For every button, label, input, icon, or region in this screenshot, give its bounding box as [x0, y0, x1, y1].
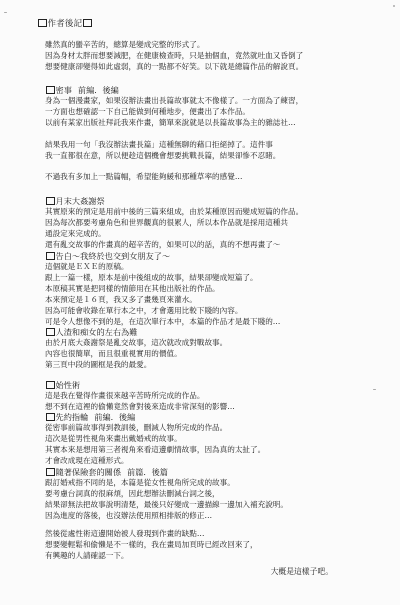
section-heading: 隨著保險套的關係前篇．後篇 [45, 466, 288, 478]
text-line: 結果卻無法把故事說明清楚，最後只好變成一邊描線一邊加入補充說明。 [45, 500, 288, 511]
text-line: 然後從處性術這邊開始被人發現到作畫的缺點… [45, 529, 258, 540]
section-mitsuji: 密事前編．後編 身為一個漫畫家，如果沒辦法畫出長篇故事就太不像樣了。一方面為了練… [45, 84, 303, 183]
heading-text: 始性術 [56, 380, 81, 390]
box-bullet-icon [46, 413, 55, 422]
heading-text: 隨著保險套的關係 [56, 467, 122, 477]
section-heading: 始性術 [45, 379, 235, 391]
text-line: 因為進度的落後，也沒辦法使用照相排版的修正… [45, 511, 288, 522]
box-bullet-icon [83, 19, 92, 28]
box-bullet-icon [46, 197, 55, 206]
text-line: 以前有某家出版社拜託我來作畫，簡單來說就是以長篇故事為主的雜誌社… [45, 118, 303, 129]
scan-speck [4, 12, 7, 13]
box-bullet-icon [38, 19, 47, 28]
text-line: 這個就是ＥＸＥ的原稿。 [45, 262, 280, 273]
afterword-page: 作者後記 雖然真的蠻辛苦的，總算是變成完整的形式了。 因為身材太胖而想要減肥，在… [0, 0, 400, 605]
text-line: 不過我有多加上一點篇幅，希望能夠緩和那種草率的感覺… [45, 172, 303, 183]
text-line: 第三頁中段的圖框是我的最愛。 [45, 360, 227, 371]
section-heading: 告白～我終於也交到女朋友了～ [45, 250, 280, 262]
blank-line [45, 161, 303, 172]
text-line: 從密事前篇故事得到教訓後，刪減人物所完成的作品。 [45, 423, 265, 434]
section-confession: 告白～我終於也交到女朋友了～ 這個就是ＥＸＥ的原稿。 跟上一篇一樣，原本是前中後… [45, 250, 280, 327]
section-condom: 隨著保險套的關係前篇．後篇 跟訂婚戒指不同的是，本篇是從女性視角所完成的故事。 … [45, 466, 288, 522]
blank-line [45, 129, 303, 140]
heading-text: 告白～我終於也交到女朋友了～ [56, 251, 171, 261]
subheading-text: 前編．後編 [94, 412, 135, 422]
section-month-end: 月末大姦謝祭 其實原來的預定是用前中後的三篇來組成，由於某種原因而變成短篇的作品… [45, 195, 303, 251]
heading-text: 密事 [56, 85, 72, 95]
text-line: 跟上一篇一樣，原本是前中後組成的故事，結果卻變成短篇了。 [45, 273, 280, 284]
text-line: 跟訂婚戒指不同的是，本篇是從女性視角所完成的故事。 [45, 478, 288, 489]
text-line: 因為身材太胖而想要減肥，在健康檢查時，只是抽個血，竟然就吐血又昏倒了 [45, 51, 303, 62]
section-heading: 密事前編．後編 [45, 84, 303, 96]
text-line: 想要健康卻變得如此虛弱，真的一點都不好笑。以下就是總篇作品的解說頁。 [45, 62, 303, 73]
signoff-text: 大概是這樣子吧。 [271, 566, 333, 577]
text-line: 結果我用一句「我沒辦法畫長篇」這種無聊的藉口拒絕掉了。這件事 [45, 140, 303, 151]
box-bullet-icon [46, 86, 55, 95]
heading-text: 人渣和痴女的左右為難 [56, 327, 138, 337]
text-line: 想要變輕鬆和偷懶是不一樣的，我在畫局加頁時已經改回來了， [45, 540, 258, 551]
text-line: 內容也很簡單，而且很重視實用的價值。 [45, 349, 227, 360]
heading-text: 先約指輪 [56, 412, 89, 422]
text-line: 我一直都很在意，所以便趁這個機會想要挑戰長篇，結果卻慘不忍睹。 [45, 151, 303, 162]
page-title: 作者後記 [37, 18, 93, 30]
section-heading: 先約指輪前編．後編 [45, 411, 265, 423]
text-line: 要考慮台詞真的很麻煩，因此想辦法刪減台詞之後， [45, 489, 288, 500]
subheading-text: 前篇．後篇 [127, 467, 168, 477]
text-line: 雖然真的蠻辛苦的，總算是變成完整的形式了。 [45, 40, 303, 51]
scan-speck [393, 5, 395, 7]
text-line: 有興趣的人請確認一下。 [45, 551, 258, 562]
section-heading: 人渣和痴女的左右為難 [45, 326, 227, 338]
text-line: 才會改成現在這種形式。 [45, 456, 265, 467]
box-bullet-icon [46, 468, 55, 477]
title-text: 作者後記 [48, 19, 83, 29]
section-heading: 月末大姦謝祭 [45, 195, 303, 207]
box-bullet-icon [46, 328, 55, 337]
scan-speck [373, 389, 376, 390]
box-bullet-icon [46, 381, 55, 390]
section-shiseijutsu: 始性術 這是我在覺得作畫很來越辛苦時所完成的作品。 想不到在這裡的偷懶竟然會對後… [45, 379, 235, 413]
text-line: 因為每次都要考慮角色和世界觀真的很累人，所以本作品就是採用這種共 [45, 218, 303, 229]
text-line: 身為一個漫畫家，如果沒辦法畫出長篇故事就太不像樣了。一方面為了練習， [45, 96, 303, 107]
text-line: 因為可能會收錄在單行本之中，才會選用比較下賤的內容。 [45, 306, 280, 317]
text-line: 通設定來完成的。 [45, 229, 303, 240]
section-dilemma: 人渣和痴女的左右為難 由於月底大姦謝祭是亂交故事，這次就改成對戰故事。 內容也很… [45, 326, 227, 371]
intro-paragraph: 雖然真的蠻辛苦的，總算是變成完整的形式了。 因為身材太胖而想要減肥，在健康檢查時… [45, 40, 303, 73]
heading-text: 月末大姦謝祭 [56, 196, 105, 206]
outro-paragraph: 然後從處性術這邊開始被人發現到作畫的缺點… 想要變輕鬆和偷懶是不一樣的，我在畫局… [45, 529, 258, 562]
section-engagement-ring: 先約指輪前編．後編 從密事前篇故事得到教訓後，刪減人物所完成的作品。 這次是從男… [45, 411, 265, 467]
text-line: 其實原來的預定是用前中後的三篇來組成，由於某種原因而變成短篇的作品。 [45, 207, 303, 218]
text-line: 本原稿其實是把同樣的情節用在其他出版社的作品。 [45, 284, 280, 295]
subheading-text: 前編．後編 [78, 85, 119, 95]
box-bullet-icon [46, 252, 55, 261]
text-line: 這次是從男性視角來畫出戴婚戒的故事。 [45, 434, 265, 445]
text-line: 還有亂交故事的作畫真的超辛苦的，如果可以的話，真的不想再畫了～ [45, 240, 303, 251]
text-line: 這是我在覺得作畫很來越辛苦時所完成的作品。 [45, 391, 235, 402]
text-line: 由於月底大姦謝祭是亂交故事，這次就改成對戰故事。 [45, 338, 227, 349]
text-line: 一方面也想確認一下自己能做到何種地步，便畫出了本作品。 [45, 107, 303, 118]
text-line: 其實本來是想用第三者視角來看這邊劇情故事，因為真的太扯了。 [45, 445, 265, 456]
text-line: 本來預定是１６頁，我又多了畫幾頁來灌水。 [45, 295, 280, 306]
